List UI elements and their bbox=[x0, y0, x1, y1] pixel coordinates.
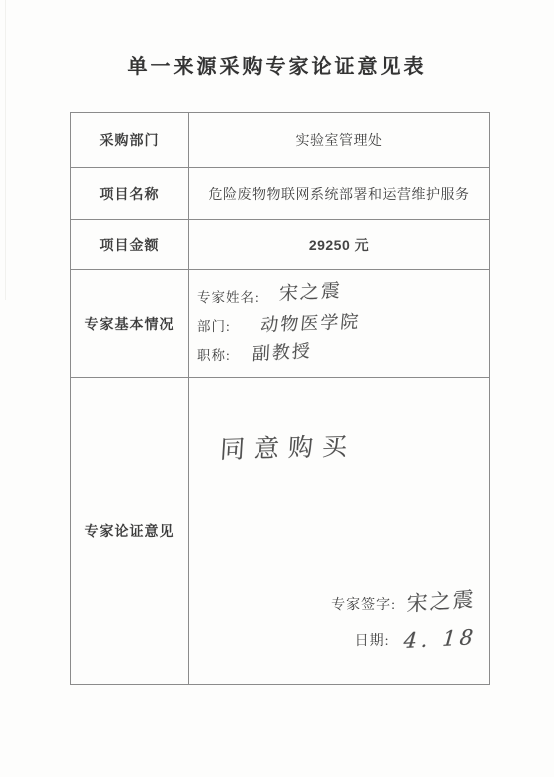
expert-name-label: 专家姓名: bbox=[197, 290, 260, 305]
expert-rank-handwriting: 副教授 bbox=[251, 337, 312, 369]
field-expert-rank: 职称: 副教授 bbox=[197, 340, 489, 369]
expert-rank-label: 职称: bbox=[197, 348, 231, 363]
opinion-handwriting: 同意购买 bbox=[219, 426, 357, 466]
row-label-procurement-department: 采购部门 bbox=[71, 113, 189, 167]
field-expert-name: 专家姓名: 宋之震 bbox=[197, 282, 489, 311]
date-line: 日期: 4. 18 bbox=[331, 623, 475, 660]
table-row-procurement-department: 采购部门 实验室管理处 bbox=[71, 113, 489, 168]
form-table: 采购部门 实验室管理处 项目名称 危险废物物联网系统部署和运营维护服务 项目金额… bbox=[70, 112, 490, 685]
row-label-project-amount: 项目金额 bbox=[71, 220, 189, 269]
table-row-project-name: 项目名称 危险废物物联网系统部署和运营维护服务 bbox=[71, 168, 489, 220]
scan-artifact-line bbox=[5, 0, 6, 300]
signature-line: 专家签字: 宋之震 bbox=[331, 586, 475, 623]
table-row-project-amount: 项目金额 29250 元 bbox=[71, 220, 489, 270]
expert-department-label: 部门: bbox=[197, 319, 231, 334]
field-expert-department: 部门: 动物医学院 bbox=[197, 311, 489, 340]
table-row-expert-opinion: 专家论证意见 同意购买 专家签字: 宋之震 日期: 4. 18 bbox=[71, 378, 489, 684]
row-value-expert-opinion: 同意购买 专家签字: 宋之震 日期: 4. 18 bbox=[189, 378, 489, 684]
row-label-expert-basic-info: 专家基本情况 bbox=[71, 270, 189, 377]
row-value-expert-basic-info: 专家姓名: 宋之震 部门: 动物医学院 职称: 副教授 bbox=[189, 270, 489, 377]
row-label-project-name: 项目名称 bbox=[71, 168, 189, 219]
signature-block: 专家签字: 宋之震 日期: 4. 18 bbox=[331, 586, 475, 660]
row-value-project-name: 危险废物物联网系统部署和运营维护服务 bbox=[189, 168, 489, 219]
row-value-project-amount: 29250 元 bbox=[189, 220, 489, 269]
expert-department-handwriting: 动物医学院 bbox=[259, 307, 361, 340]
row-label-expert-opinion: 专家论证意见 bbox=[71, 378, 189, 684]
scanned-form-page: 单一来源采购专家论证意见表 采购部门 实验室管理处 项目名称 危险废物物联网系统… bbox=[0, 0, 554, 777]
signature-label: 专家签字: bbox=[331, 598, 396, 613]
expert-name-handwriting: 宋之震 bbox=[278, 277, 342, 309]
signature-handwriting: 宋之震 bbox=[406, 581, 476, 623]
date-handwriting: 4. 18 bbox=[402, 619, 479, 660]
date-label: 日期: bbox=[355, 634, 390, 649]
page-title: 单一来源采购专家论证意见表 bbox=[0, 50, 554, 79]
row-value-procurement-department: 实验室管理处 bbox=[189, 113, 489, 167]
table-row-expert-basic-info: 专家基本情况 专家姓名: 宋之震 部门: 动物医学院 职称: 副教授 bbox=[71, 270, 489, 378]
